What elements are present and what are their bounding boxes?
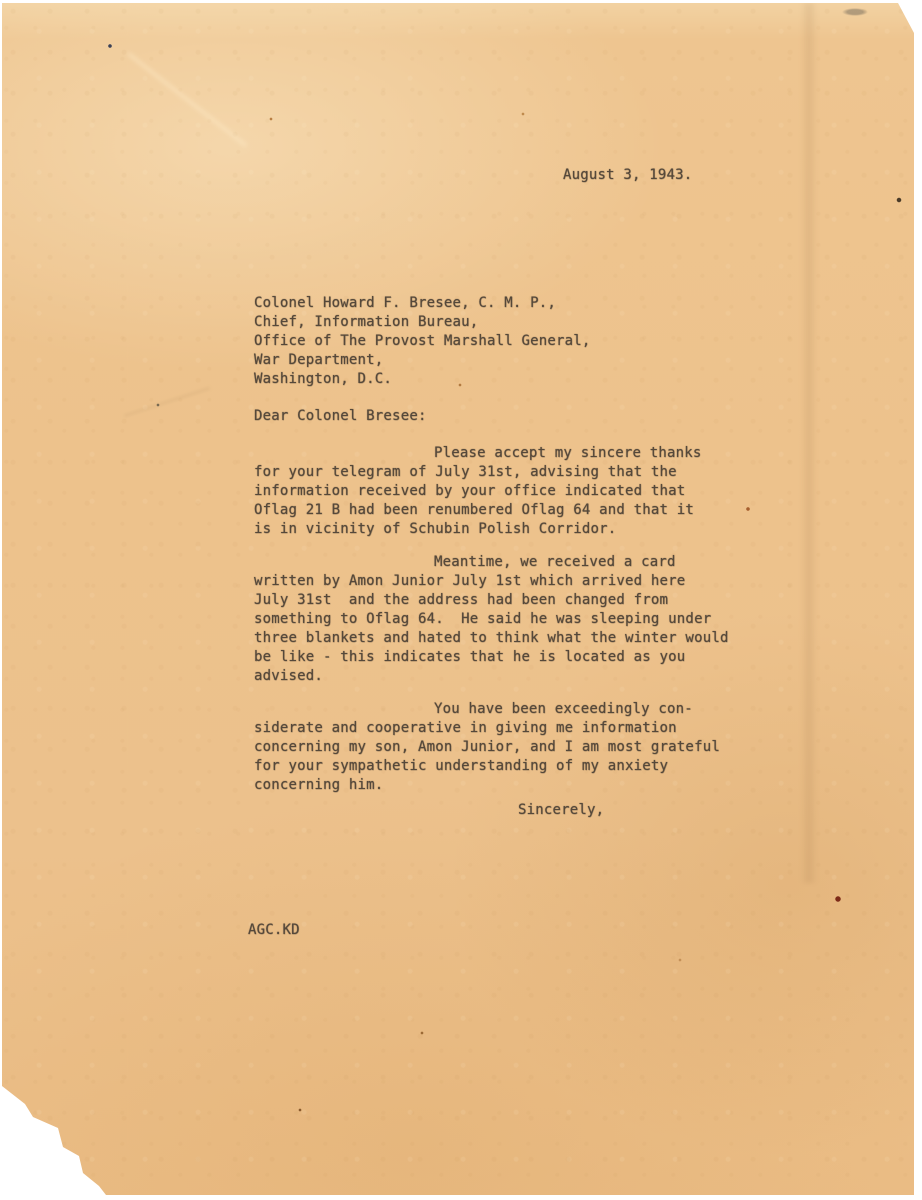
recipient-address: Colonel Howard F. Bresee, C. M. P., Chie… (254, 294, 591, 389)
closing: Sincerely, (518, 801, 604, 820)
body-paragraph-1: Please accept my sincere thanks for your… (254, 444, 734, 539)
letter-content: August 3, 1943. Colonel Howard F. Bresee… (0, 0, 922, 1200)
scanned-letter-page: August 3, 1943. Colonel Howard F. Bresee… (0, 0, 922, 1200)
reference-initials: AGC.KD (248, 921, 300, 940)
body-paragraph-2: Meantime, we received a card written by … (254, 553, 734, 686)
body-paragraph-3: You have been exceedingly con- siderate … (254, 700, 734, 795)
salutation: Dear Colonel Bresee: (254, 407, 427, 426)
letter-date: August 3, 1943. (563, 166, 692, 185)
